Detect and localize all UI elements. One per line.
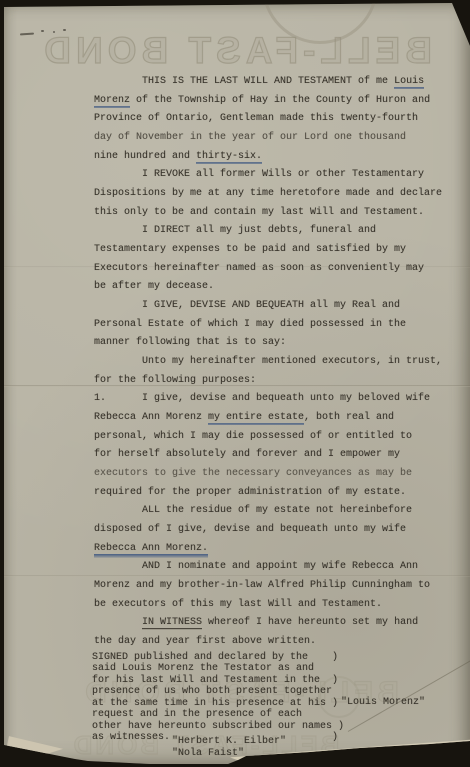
attestation-line: request and in the presence of each [92, 709, 344, 720]
underlined-text: IN WITNESS [142, 617, 202, 628]
typed-text: AND I nominate and appoint my wife Rebec… [94, 561, 418, 572]
typed-text: 1. I give, devise and bequeath unto my b… [94, 393, 430, 404]
will-text-line: for the following purposes: [94, 372, 454, 391]
typed-text: I GIVE, DEVISE AND BEQUEATH all my Real … [94, 300, 400, 311]
typed-text: executors to give the necessary conveyan… [94, 468, 412, 479]
will-text-line: Dispositions by me at any time heretofor… [94, 185, 454, 204]
will-text-line: Unto my hereinafter mentioned executors,… [94, 353, 454, 372]
will-text-line: Morenz and my brother-in-law Alfred Phil… [94, 577, 454, 596]
will-text-line: I GIVE, DEVISE AND BEQUEATH all my Real … [94, 297, 454, 316]
typed-text: personal, which I may die possessed of o… [94, 431, 412, 442]
pencil-mark [20, 33, 34, 36]
typed-text: for herself absolutely and forever and I… [94, 449, 400, 460]
typed-text: this only to be and contain my last Will… [94, 207, 424, 218]
testator-signature: "Louis Morenz" [341, 697, 425, 708]
will-text-line: THIS IS THE LAST WILL AND TESTAMENT of m… [94, 73, 454, 92]
pencil-mark [63, 29, 66, 31]
will-text-line: Rebecca Ann Morenz my entire estate, bot… [94, 409, 454, 428]
typed-text: manner following that is to say: [94, 337, 286, 348]
typed-text: Executors hereinafter named as soon as c… [94, 263, 424, 274]
attestation-line: for his last Will and Testament in the ) [92, 675, 344, 686]
will-text-line: Rebecca Ann Morenz. [94, 540, 454, 559]
typed-text: whereof I have hereunto set my hand [202, 617, 418, 628]
attestation-line: other have hereunto subscribed our names… [92, 721, 344, 732]
typed-text: be executors of this my last Will and Te… [94, 599, 382, 610]
typed-text: for the following purposes: [94, 375, 256, 386]
underlined-text: Morenz [94, 95, 130, 106]
will-text-line: ALL the residue of my estate not hereinb… [94, 502, 454, 521]
underlined-text: thirty-six. [196, 151, 262, 162]
attestation-line: SIGNED published and declared by the ) [92, 652, 344, 663]
typed-text: be after my decease. [94, 281, 214, 292]
attestation-clause: SIGNED published and declared by the )sa… [92, 652, 344, 744]
scanned-document: BELL-FAST BOND BELL-FAST BOND BELL-FAST … [0, 0, 470, 767]
will-text-line: Morenz of the Township of Hay in the Cou… [94, 92, 454, 111]
typed-text: of the Township of Hay in the County of … [130, 95, 430, 106]
will-text-line: executors to give the necessary conveyan… [94, 465, 454, 484]
typed-text: Province of Ontario, Gentleman made this… [94, 113, 418, 124]
will-text-line: IN WITNESS whereof I have hereunto set m… [94, 614, 454, 633]
typed-text: Dispositions by me at any time heretofor… [94, 188, 442, 199]
will-text-line: this only to be and contain my last Will… [94, 204, 454, 223]
underlined-text: Louis [394, 76, 424, 87]
will-text-line: 1. I give, devise and bequeath unto my b… [94, 390, 454, 409]
underlined-text: my entire estate [208, 412, 304, 423]
typed-text: I DIRECT all my just debts, funeral and [94, 225, 376, 236]
typed-text: ALL the residue of my estate not hereinb… [94, 505, 412, 516]
typed-text: Personal Estate of which I may died poss… [94, 319, 406, 330]
attestation-line: presence of us who both present together [92, 686, 344, 697]
will-text-line: be after my decease. [94, 278, 454, 297]
typed-text: day of November in the year of our Lord … [94, 132, 406, 143]
pencil-mark [41, 30, 44, 32]
underlined-text: Rebecca Ann Morenz. [94, 543, 208, 554]
will-text-line: I REVOKE all former Wills or other Testa… [94, 166, 454, 185]
will-text-line: the day and year first above written. [94, 633, 454, 652]
will-text-line: required for the proper administration o… [94, 484, 454, 503]
will-text-line: be executors of this my last Will and Te… [94, 596, 454, 615]
watermark-bell-fast-bond-top: BELL-FAST BOND [48, 30, 432, 72]
typed-text: Testamentary expenses to be paid and sat… [94, 244, 406, 255]
will-text-line: disposed of I give, devise and bequeath … [94, 521, 454, 540]
attestation-line: at the same time in his presence at his … [92, 698, 344, 709]
typed-text: disposed of I give, devise and bequeath … [94, 524, 406, 535]
typed-text [94, 617, 142, 628]
typed-text: the day and year first above written. [94, 636, 316, 647]
typed-text: THIS IS THE LAST WILL AND TESTAMENT of m… [94, 76, 394, 87]
will-text-line: personal, which I may die possessed of o… [94, 428, 454, 447]
will-text-line: Executors hereinafter named as soon as c… [94, 260, 454, 279]
will-text-line: Province of Ontario, Gentleman made this… [94, 110, 454, 129]
will-text-line: day of November in the year of our Lord … [94, 129, 454, 148]
typed-text: I REVOKE all former Wills or other Testa… [94, 169, 424, 180]
paper-page: BELL-FAST BOND BELL-FAST BOND BELL-FAST … [0, 0, 470, 767]
will-text-line: for herself absolutely and forever and I… [94, 446, 454, 465]
typed-text: Morenz and my brother-in-law Alfred Phil… [94, 580, 430, 591]
typed-text: nine hundred and [94, 151, 196, 162]
will-text-line: I DIRECT all my just debts, funeral and [94, 222, 454, 241]
will-text-line: AND I nominate and appoint my wife Rebec… [94, 558, 454, 577]
will-text-line: Testamentary expenses to be paid and sat… [94, 241, 454, 260]
attestation-line: said Louis Morenz the Testator as and [92, 663, 344, 674]
will-text-line: Personal Estate of which I may died poss… [94, 316, 454, 335]
witness-signature: "Herbert K. Eilber" [172, 736, 286, 747]
typed-text: required for the proper administration o… [94, 487, 406, 498]
will-body-text: THIS IS THE LAST WILL AND TESTAMENT of m… [94, 73, 454, 652]
typed-text: Unto my hereinafter mentioned executors,… [94, 356, 442, 367]
pencil-mark [53, 31, 55, 33]
typed-text: , both real and [304, 412, 394, 423]
witness-signature: "Nola Faist" [172, 748, 244, 759]
typed-text: Rebecca Ann Morenz [94, 412, 208, 423]
will-text-line: manner following that is to say: [94, 334, 454, 353]
will-text-line: nine hundred and thirty-six. [94, 148, 454, 167]
